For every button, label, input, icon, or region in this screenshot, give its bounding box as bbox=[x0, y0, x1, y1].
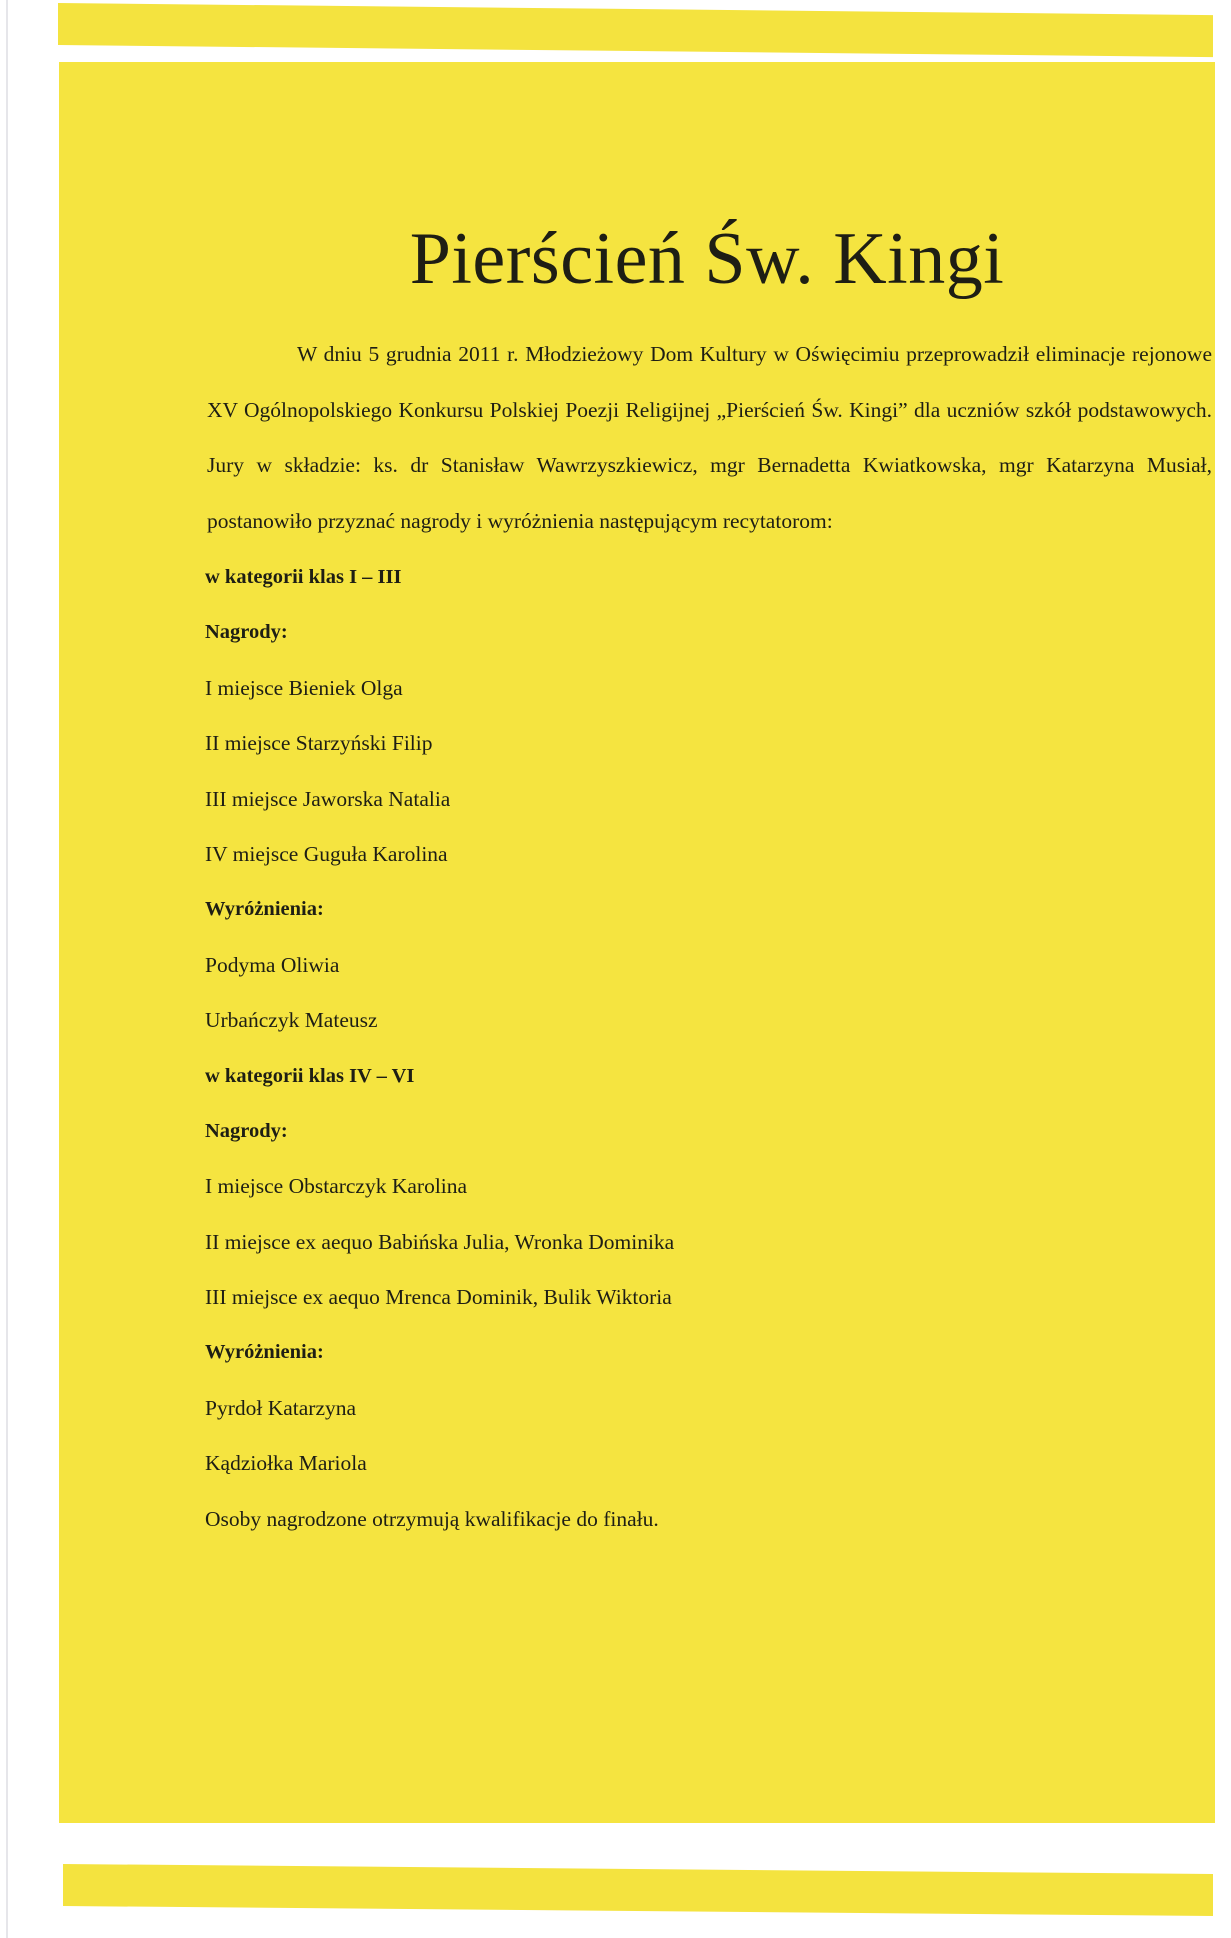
prize-item: III miejsce Jaworska Natalia bbox=[205, 772, 1105, 827]
honor-item: Urbańczyk Mateusz bbox=[205, 993, 1105, 1048]
prize-item: III miejsce ex aequo Mrenca Dominik, Bul… bbox=[205, 1270, 1105, 1325]
scan-edge bbox=[6, 0, 8, 1938]
honors-label: Wyróżnienia: bbox=[205, 1325, 1105, 1380]
honor-item: Pyrdoł Katarzyna bbox=[205, 1381, 1105, 1436]
prize-item: IV miejsce Guguła Karolina bbox=[205, 827, 1105, 882]
prizes-label: Nagrody: bbox=[205, 1104, 1105, 1159]
prize-item: I miejsce Obstarczyk Karolina bbox=[205, 1159, 1105, 1214]
closing-note: Osoby nagrodzone otrzymują kwalifikacje … bbox=[205, 1492, 1105, 1547]
prize-item: II miejsce Starzyński Filip bbox=[205, 716, 1105, 771]
document-page: Pierścień Św. Kingi W dniu 5 grudnia 201… bbox=[59, 62, 1215, 1823]
top-paper-strip bbox=[58, 3, 1213, 57]
bottom-paper-strip bbox=[63, 1864, 1213, 1916]
document-title: Pierścień Św. Kingi bbox=[59, 222, 1215, 296]
results-list: w kategorii klas I – III Nagrody: I miej… bbox=[205, 550, 1105, 1547]
category-heading: w kategorii klas I – III bbox=[205, 550, 1105, 605]
intro-paragraph: W dniu 5 grudnia 2011 r. Młodzieżowy Dom… bbox=[207, 327, 1212, 549]
category-grades-1-3: w kategorii klas I – III Nagrody: I miej… bbox=[205, 550, 1105, 1049]
honor-item: Podyma Oliwia bbox=[205, 938, 1105, 993]
category-heading: w kategorii klas IV – VI bbox=[205, 1049, 1105, 1104]
prizes-label: Nagrody: bbox=[205, 605, 1105, 660]
prize-item: II miejsce ex aequo Babińska Julia, Wron… bbox=[205, 1215, 1105, 1270]
honors-label: Wyróżnienia: bbox=[205, 882, 1105, 937]
prize-item: I miejsce Bieniek Olga bbox=[205, 661, 1105, 716]
honor-item: Kądziołka Mariola bbox=[205, 1436, 1105, 1491]
category-grades-4-6: w kategorii klas IV – VI Nagrody: I miej… bbox=[205, 1049, 1105, 1492]
